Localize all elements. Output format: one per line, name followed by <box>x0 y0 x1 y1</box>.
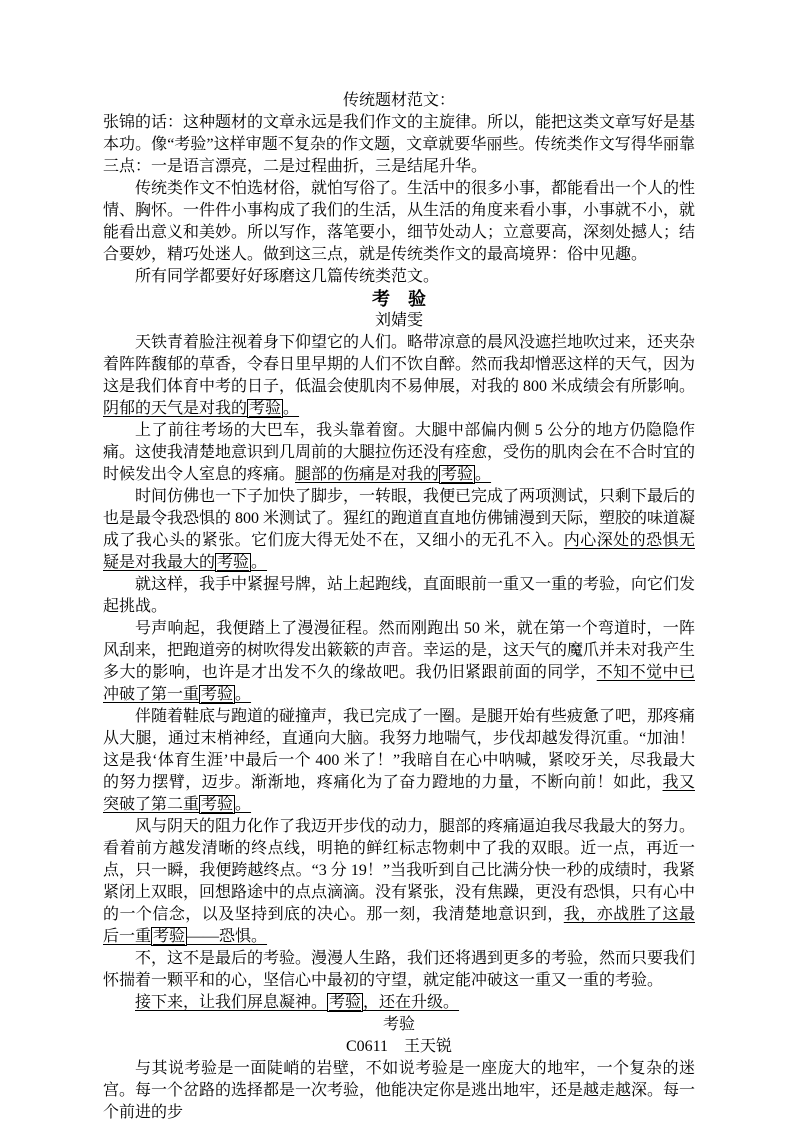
document-page: 传统题材范文：张锦的话：这种题材的文章永远是我们作文的主旋律。所以，能把这类文章… <box>0 0 794 1123</box>
boxed-keyword: 考验 <box>327 993 363 1012</box>
text-segment: 传统类作文不怕选材俗，就怕写俗了。生活中的很多小事，都能看出一个人的性情、胸怀。… <box>103 180 695 263</box>
text-segment: 腿部的伤痛是对我的 <box>295 466 439 483</box>
text-segment: 就这样，我手中紧握号牌，站上起跑线，直面眼前一重又一重的考验，向它们发起挑战。 <box>103 576 695 615</box>
teacher-comment-paragraph-3: 所有同学都要好好琢磨这几篇传统类范文。 <box>103 266 695 288</box>
text-segment: 伴随着鞋底与跑道的碰撞声，我已完成了一圈。是腿开始有些疲惫了吧，那疼痛从大腿，通… <box>103 708 695 791</box>
text-segment: 。 <box>283 400 299 417</box>
text-segment: 考 验 <box>372 289 426 309</box>
essay1-paragraph-2: 上了前往考场的大巴车，我头靠着窗。大腿中部偏内侧 5 公分的地方仍隐隐作痛。这使… <box>103 420 695 486</box>
essay1-paragraph-1: 天铁青着脸注视着身下仰望它的人们。略带凉意的晨风没遮拦地吹过来，还夹杂着阵阵馥郁… <box>103 332 695 420</box>
text-segment: 。 <box>251 554 267 571</box>
boxed-keyword: 考验 <box>151 927 187 946</box>
boxed-keyword: 考验 <box>247 399 283 418</box>
essay1-paragraph-9: 接下来，让我们屏息凝神。考验，还在升级。 <box>103 992 695 1014</box>
boxed-keyword: 考验 <box>439 465 475 484</box>
essay1-paragraph-3: 时间仿佛也一下子加快了脚步，一转眼，我便已完成了两项测试，只剩下最后的也是最令我… <box>103 486 695 574</box>
text-segment: 天铁青着脸注视着身下仰望它的人们。略带凉意的晨风没遮拦地吹过来，还夹杂着阵阵馥郁… <box>103 334 695 395</box>
boxed-keyword: 考验 <box>199 685 235 704</box>
essay1-paragraph-5: 号声响起，我便踏上了漫漫征程。然而刚跑出 50 米，就在第一个弯道时，一阵风刮来… <box>103 618 695 706</box>
text-segment: 考验 <box>383 1016 415 1033</box>
text-segment: ——恐惧。 <box>187 928 267 945</box>
document-content: 传统题材范文：张锦的话：这种题材的文章永远是我们作文的主旋律。所以，能把这类文章… <box>103 90 695 1123</box>
text-segment: 所有同学都要好好琢磨这几篇传统类范文。 <box>135 268 439 285</box>
essay2-paragraph-1: 与其说考验是一面陡峭的岩壁，不如说考验是一座庞大的地牢，一个复杂的迷宫。每一个岔… <box>103 1058 695 1123</box>
text-segment: 阴郁的天气是对我的 <box>103 400 247 417</box>
text-segment: 。 <box>235 686 251 703</box>
text-segment: 。 <box>235 796 251 813</box>
essay2-title: 考验 <box>103 1014 695 1036</box>
essay1-paragraph-6: 伴随着鞋底与跑道的碰撞声，我已完成了一圈。是腿开始有些疲惫了吧，那疼痛从大腿，通… <box>103 706 695 816</box>
essay1-paragraph-7: 风与阴天的阻力化作了我迈开步伐的动力，腿部的疼痛逼迫我尽我最大的努力。看着前方越… <box>103 816 695 948</box>
text-segment: 接下来，让我们屏息凝神。 <box>135 994 327 1011</box>
text-segment: 刘婧雯 <box>375 312 423 329</box>
essay1-paragraph-4: 就这样，我手中紧握号牌，站上起跑线，直面眼前一重又一重的考验，向它们发起挑战。 <box>103 574 695 618</box>
essay2-author: C0611 王天锐 <box>103 1036 695 1058</box>
text-segment: 传统题材范文： <box>343 92 455 109</box>
essay1-title: 考 验 <box>103 288 695 310</box>
essay1-paragraph-8: 不，这不是最后的考验。漫漫人生路，我们还将遇到更多的考验，然而只要我们怀揣着一颗… <box>103 948 695 992</box>
text-segment: C0611 王天锐 <box>346 1038 452 1055</box>
section-heading: 传统题材范文： <box>103 90 695 112</box>
text-segment: 张锦的话：这种题材的文章永远是我们作文的主旋律。所以，能把这类文章写好是基本功。… <box>103 114 695 175</box>
teacher-comment-paragraph-1: 张锦的话：这种题材的文章永远是我们作文的主旋律。所以，能把这类文章写好是基本功。… <box>103 112 695 178</box>
text-segment: 。 <box>475 466 491 483</box>
boxed-keyword: 考验 <box>199 795 235 814</box>
text-segment: ，还在升级。 <box>363 994 459 1011</box>
teacher-comment-paragraph-2: 传统类作文不怕选材俗，就怕写俗了。生活中的很多小事，都能看出一个人的性情、胸怀。… <box>103 178 695 266</box>
boxed-keyword: 考验 <box>215 553 251 572</box>
text-segment: 不，这不是最后的考验。漫漫人生路，我们还将遇到更多的考验，然而只要我们怀揣着一颗… <box>103 950 695 989</box>
text-segment: 与其说考验是一面陡峭的岩壁，不如说考验是一座庞大的地牢，一个复杂的迷宫。每一个岔… <box>103 1060 695 1121</box>
essay1-author: 刘婧雯 <box>103 310 695 332</box>
